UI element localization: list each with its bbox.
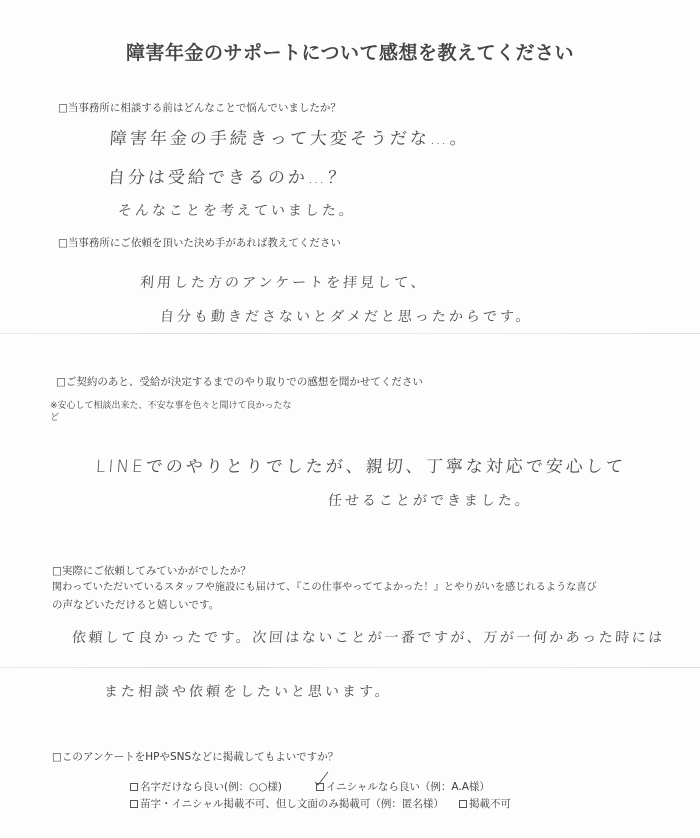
option-not-allowed[interactable]: 掲載不可 bbox=[459, 796, 511, 811]
question-1-answer-line-1: 障害年金の手続きって大変そうだな…。 bbox=[109, 124, 471, 149]
handwritten-checkmark-icon bbox=[314, 771, 330, 787]
option-text-only-label: 苗字・イニシャル掲載不可、但し文面のみ掲載可（例：匿名様） bbox=[140, 796, 444, 811]
checkbox-unchecked-icon[interactable] bbox=[130, 800, 138, 808]
question-2-answer-line-1: 利用した方のアンケートを拝見して、 bbox=[139, 272, 428, 292]
questionnaire-page: 障害年金のサポートについて感想を教えてください □当事務所に相談する前はどんなこ… bbox=[0, 0, 700, 838]
option-text-only[interactable]: 苗字・イニシャル掲載不可、但し文面のみ掲載可（例：匿名様） bbox=[130, 796, 444, 811]
question-3-note-line-1: ※安心して相談出来た、不安な事を色々と聞けて良かったな bbox=[50, 400, 292, 413]
question-1-label: □当事務所に相談する前はどんなことで悩んでいましたか？ bbox=[58, 101, 341, 115]
question-4-label: □実際にご依頼してみていかがでしたか？ bbox=[52, 564, 251, 578]
option-initials[interactable]: イニシャルなら良い（例：A.A様） bbox=[316, 779, 490, 794]
option-surname-only-label: 名字だけなら良い(例：○○様) bbox=[140, 779, 282, 794]
question-2-answer-line-2: 自分も動きださないとダメだと思ったからです。 bbox=[159, 306, 533, 326]
question-4-answer-line-1: 依頼して良かったです。次回はないことが一番ですが、万が一何かあった時には bbox=[71, 627, 665, 647]
question-1-answer-line-3: そんなことを考えていました。 bbox=[117, 200, 356, 220]
scan-divider bbox=[0, 667, 700, 668]
question-4-sub-line-1: 関わっていただいているスタッフや施設にも届けて、『この仕事やっててよかった！』と… bbox=[52, 581, 597, 595]
checkbox-unchecked-icon[interactable] bbox=[130, 783, 138, 791]
checkbox-unchecked-icon[interactable] bbox=[459, 800, 467, 808]
question-4-sub-line-2: の声などいただけると嬉しいです。 bbox=[52, 598, 219, 612]
question-3-answer-line-2: 任せることができました。 bbox=[327, 490, 532, 510]
question-1-answer-line-2: 自分は受給できるのか…？ bbox=[107, 163, 349, 188]
option-surname-only[interactable]: 名字だけなら良い(例：○○様) bbox=[130, 779, 282, 794]
page-title: 障害年金のサポートについて感想を教えてください bbox=[0, 38, 700, 65]
option-not-allowed-label: 掲載不可 bbox=[469, 796, 511, 811]
publication-question-label: □このアンケートをHPやSNSなどに掲載してもよいですか？ bbox=[52, 750, 338, 764]
question-3-label: □ご契約のあと、受給が決定するまでのやり取りでの感想を聞かせてください bbox=[56, 375, 423, 389]
question-3-note-line-2: ど bbox=[50, 412, 59, 425]
option-initials-label: イニシャルなら良い（例：A.A様） bbox=[326, 779, 490, 794]
question-4-answer-line-2: また相談や依頼をしたいと思います。 bbox=[103, 681, 392, 701]
question-3-answer-line-1: LINEでのやりとりでしたが、親切、丁寧な対応で安心して bbox=[95, 452, 627, 477]
question-2-label: □当事務所にご依頼を頂いた決め手があれば教えてください bbox=[58, 236, 341, 250]
scan-divider bbox=[0, 333, 700, 334]
